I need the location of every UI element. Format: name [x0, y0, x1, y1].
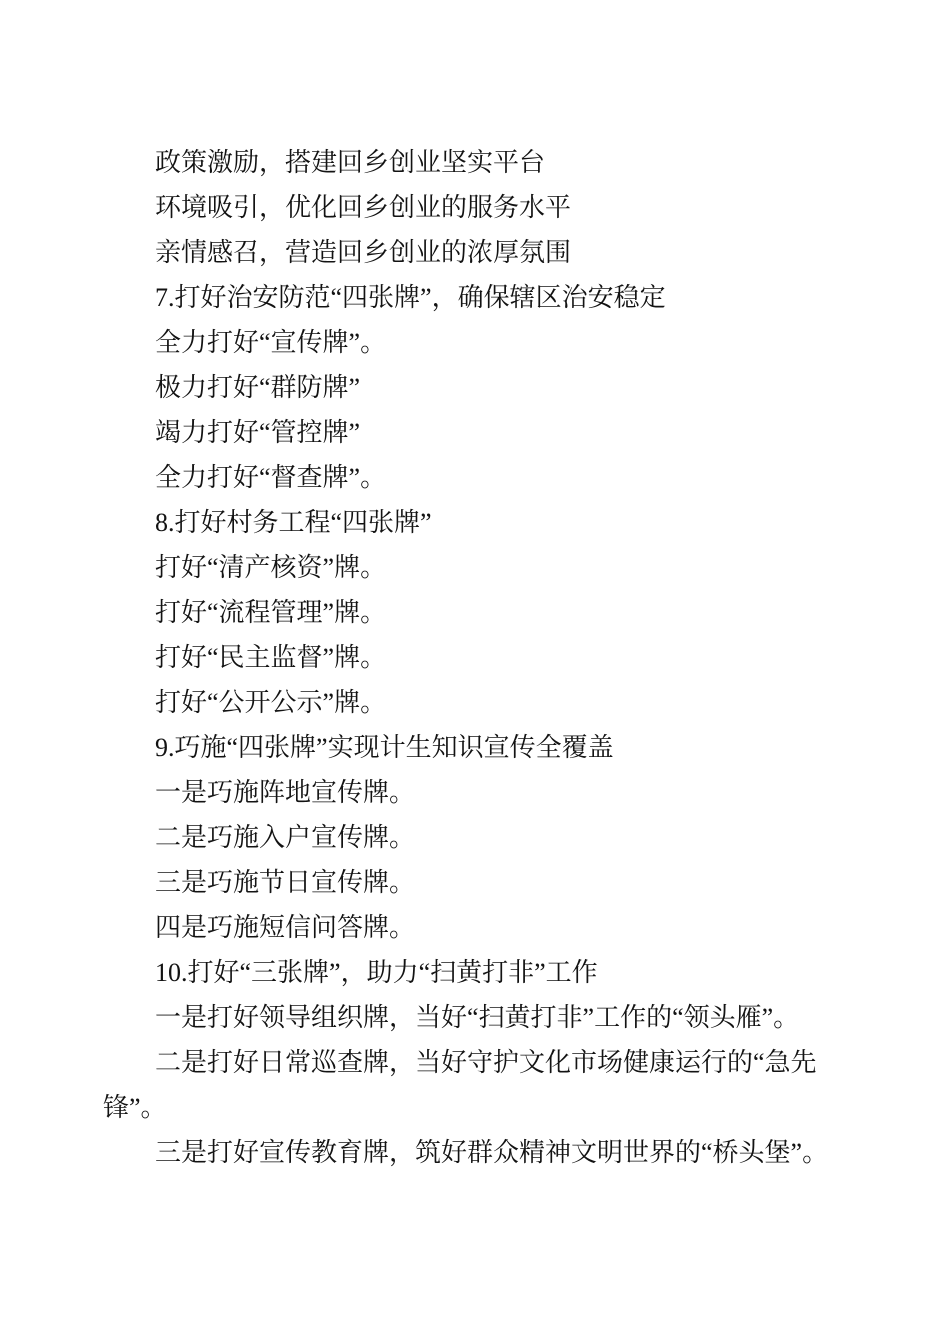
- paragraph: 打好“流程管理”牌。: [103, 590, 873, 635]
- paragraph: 7.打好治安防范“四张牌”，确保辖区治安稳定: [103, 275, 873, 320]
- paragraph: 三是巧施节日宣传牌。: [103, 860, 873, 905]
- paragraph: 极力打好“群防牌”: [103, 365, 873, 410]
- paragraph: 打好“民主监督”牌。: [103, 635, 873, 680]
- paragraph: 全力打好“督查牌”。: [103, 455, 873, 500]
- paragraph: 打好“公开公示”牌。: [103, 680, 873, 725]
- paragraph: 政策激励，搭建回乡创业坚实平台: [103, 140, 873, 185]
- paragraph: 二是打好日常巡查牌，当好守护文化市场健康运行的“急先锋”。: [103, 1040, 873, 1130]
- paragraph: 环境吸引，优化回乡创业的服务水平: [103, 185, 873, 230]
- paragraph: 10.打好“三张牌”，助力“扫黄打非”工作: [103, 950, 873, 995]
- document-content: 政策激励，搭建回乡创业坚实平台环境吸引，优化回乡创业的服务水平亲情感召，营造回乡…: [103, 140, 873, 1175]
- paragraph: 全力打好“宣传牌”。: [103, 320, 873, 365]
- paragraph: 一是打好领导组织牌，当好“扫黄打非”工作的“领头雁”。: [103, 995, 873, 1040]
- paragraph: 四是巧施短信问答牌。: [103, 905, 873, 950]
- paragraph: 三是打好宣传教育牌，筑好群众精神文明世界的“桥头堡”。: [103, 1130, 873, 1175]
- paragraph: 9.巧施“四张牌”实现计生知识宣传全覆盖: [103, 725, 873, 770]
- document-page: 政策激励，搭建回乡创业坚实平台环境吸引，优化回乡创业的服务水平亲情感召，营造回乡…: [0, 0, 950, 1344]
- paragraph: 一是巧施阵地宣传牌。: [103, 770, 873, 815]
- paragraph: 8.打好村务工程“四张牌”: [103, 500, 873, 545]
- paragraph: 二是巧施入户宣传牌。: [103, 815, 873, 860]
- paragraph: 亲情感召，营造回乡创业的浓厚氛围: [103, 230, 873, 275]
- paragraph: 打好“清产核资”牌。: [103, 545, 873, 590]
- paragraph: 竭力打好“管控牌”: [103, 410, 873, 455]
